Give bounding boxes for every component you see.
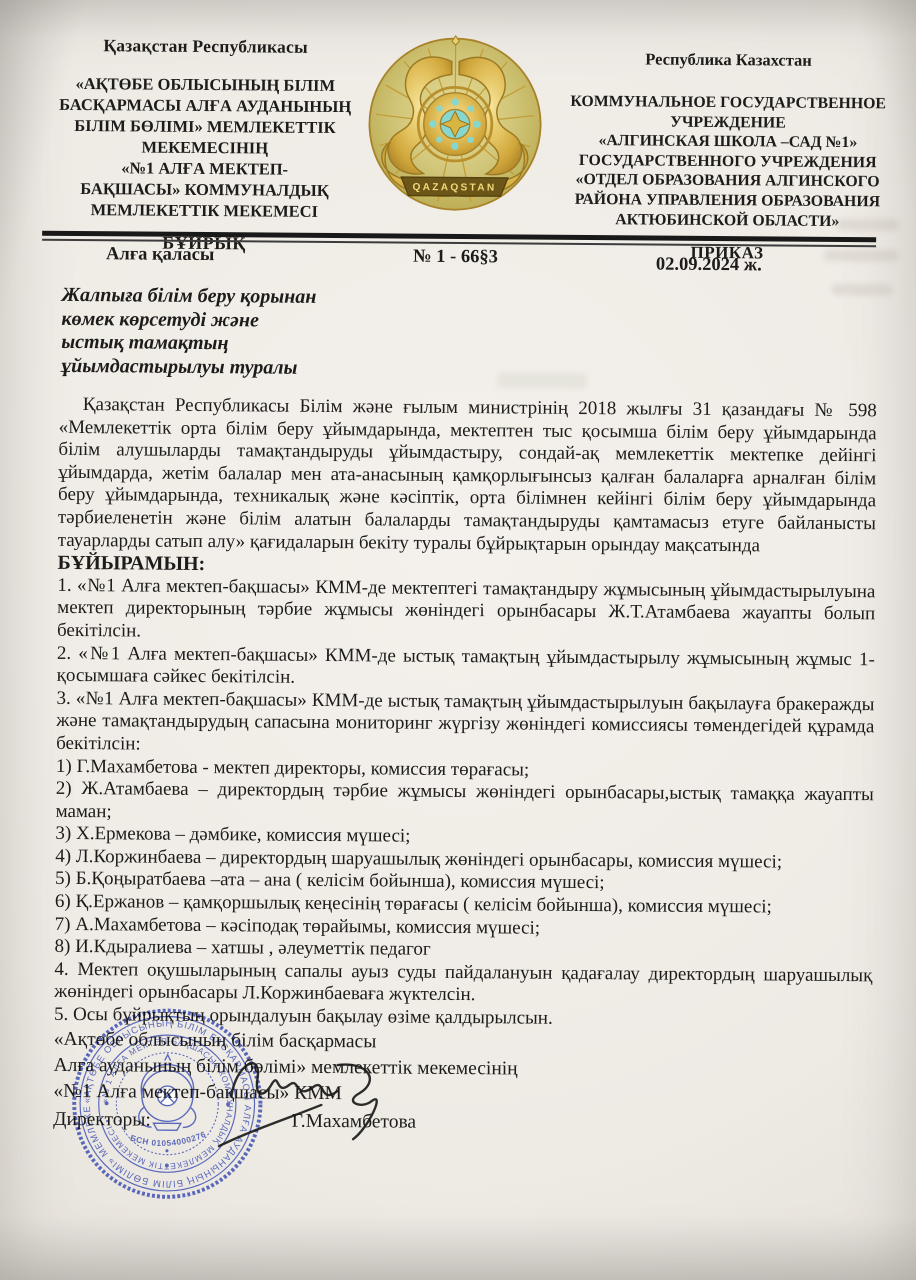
bleed-through-artifact xyxy=(824,250,898,262)
org-line: «АЛГИНСКАЯ ШКОЛА –САД №1» xyxy=(551,131,905,153)
org-line: РАЙОНА УПРАВЛЕНИЯ ОБРАЗОВАНИЯ xyxy=(550,190,904,212)
org-name-kk: «АҚТӨБЕ ОБЛЫСЫНЫҢ БІЛІМ БАСҚАРМАСЫ АЛҒА … xyxy=(48,73,361,222)
header-right-russian: Республика Казахстан КОММУНАЛЬНОЕ ГОСУДА… xyxy=(550,49,906,265)
order-date: 02.09.2024 ж. xyxy=(656,255,762,277)
org-line: БАСҚАРМАСЫ АЛҒА АУДАНЫНЫҢ xyxy=(49,94,361,117)
org-line: МЕКЕМЕСІНІҢ xyxy=(49,136,361,159)
document-page: Қазақстан Республикасы «АҚТӨБЕ ОБЛЫСЫНЫҢ… xyxy=(0,0,916,1280)
country-name-ru: Республика Казахстан xyxy=(551,49,905,72)
bleed-through-artifact xyxy=(497,372,587,389)
org-line: «ОТДЕЛ ОБРАЗОВАНИЯ АЛГИНСКОГО xyxy=(551,170,905,192)
kazakhstan-coat-of-arms-icon: QAZAQSTAN xyxy=(360,33,549,218)
bleed-through-artifact xyxy=(832,284,892,295)
preamble-paragraph: Қазақстан Республикасы Білім және ғылым … xyxy=(58,394,877,559)
org-line: «АҚТӨБЕ ОБЛЫСЫНЫҢ БІЛІМ xyxy=(49,73,361,96)
order-item: 2. «№1 Алға мектеп-бақшасы» КММ-де ыстық… xyxy=(57,642,875,694)
order-document: Қазақстан Республикасы «АҚТӨБЕ ОБЛЫСЫНЫҢ… xyxy=(0,0,916,1280)
org-line: «№1 АЛҒА МЕКТЕП- xyxy=(49,157,361,180)
org-line: БАҚШАСЫ» КОММУНАЛДЫҚ xyxy=(48,178,360,201)
subject-line: ұйымдастырылуы туралы xyxy=(61,354,491,381)
org-name-ru: КОММУНАЛЬНОЕ ГОСУДАРСТВЕННОЕ УЧРЕЖДЕНИЕ … xyxy=(550,92,905,232)
org-line: МЕМЛЕКЕТТІК МЕКЕМЕСІ xyxy=(48,199,360,222)
emblem-banner-text: QAZAQSTAN xyxy=(412,182,496,194)
org-line: КОММУНАЛЬНОЕ ГОСУДАРСТВЕННОЕ xyxy=(551,92,905,114)
order-subject: Жалпыға білім беру қорынан көмек көрсету… xyxy=(61,284,492,381)
country-name-kk: Қазақстан Республикасы xyxy=(50,35,362,58)
order-item: 1. «№1 Алға мектеп-бақшасы» КММ-де мекте… xyxy=(57,575,876,649)
org-line: БІЛІМ БӨЛІМІ» МЕМЛЕКЕТТІК xyxy=(49,115,361,138)
bleed-through-artifact xyxy=(836,219,898,230)
director-autograph xyxy=(203,1034,424,1176)
header-left-kazakh: Қазақстан Республикасы «АҚТӨБЕ ОБЛЫСЫНЫҢ… xyxy=(48,35,362,255)
issue-city: Алға қаласы xyxy=(106,244,215,266)
order-item: 3. «№1 Алға мектеп-бақшасы» КММ-де ыстық… xyxy=(56,688,875,762)
subject-line: Жалпыға білім беру қорынан xyxy=(62,284,492,311)
order-number: № 1 - 66§3 xyxy=(413,247,498,269)
subject-line: көмек көрсетуді және xyxy=(61,307,491,334)
subject-line: ыстық тамақтың xyxy=(61,331,491,358)
order-item: 4. Мектеп оқушыларының сапалы ауыз суды … xyxy=(54,959,872,1011)
order-body: Қазақстан Республикасы Білім және ғылым … xyxy=(54,394,877,1033)
commission-member: 2) Ж.Атамбаева – директордың тәрбие жұмы… xyxy=(56,778,874,830)
